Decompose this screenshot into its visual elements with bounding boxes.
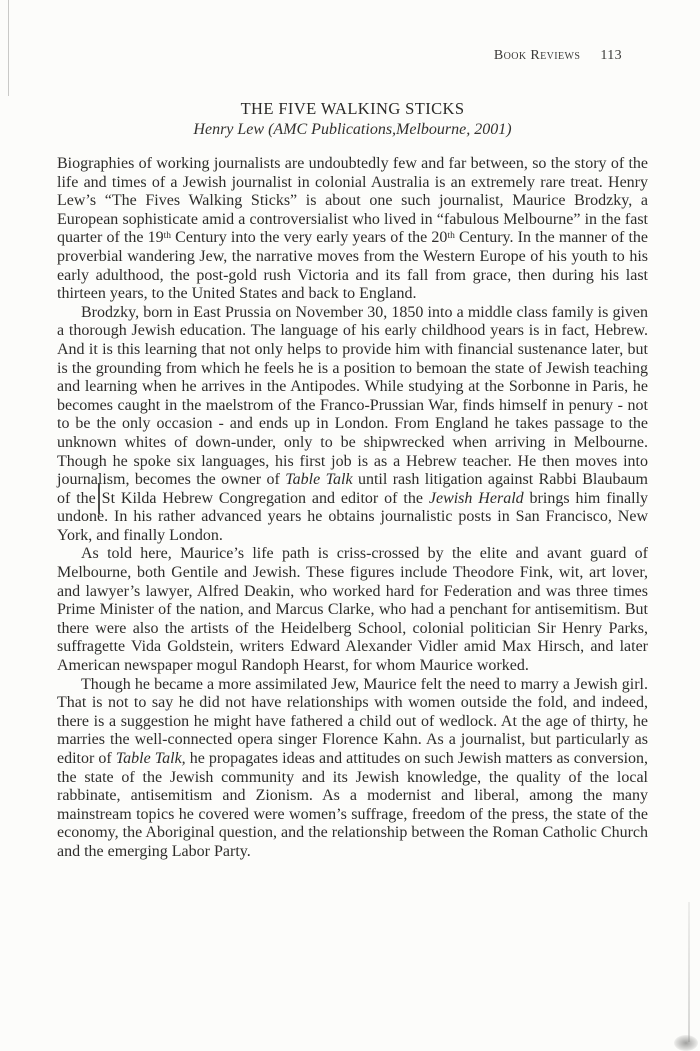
- scan-artifact-left-line: [8, 0, 9, 96]
- italic-run: Table Talk: [285, 471, 352, 488]
- running-header: Book Reviews113: [494, 48, 622, 64]
- paragraph: Brodzky, born in East Prussia on Novembe…: [57, 304, 648, 546]
- paragraph: Though he became a more assimilated Jew,…: [57, 676, 648, 862]
- italic-run: Table Talk,: [116, 750, 186, 767]
- paragraph: As told here, Maurice’s life path is cri…: [57, 545, 648, 675]
- paragraph: Biographies of working journalists are u…: [57, 155, 648, 304]
- review-body: Biographies of working journalists are u…: [57, 155, 648, 862]
- scan-artifact-right-line: [688, 902, 690, 1042]
- superscript-run: th: [164, 231, 171, 241]
- superscript-run: th: [447, 231, 454, 241]
- scan-artifact-corner-smudge: [674, 1035, 698, 1051]
- scan-artifact-mid-stroke: [98, 483, 100, 514]
- review-title: THE FIVE WALKING STICKS: [57, 99, 648, 119]
- text-run: As told here, Maurice’s life path is cri…: [57, 545, 648, 674]
- italic-run: Jewish Herald: [429, 490, 524, 507]
- running-head-label: Book Reviews: [494, 48, 580, 63]
- review-byline: Henry Lew (AMC Publications,Melbourne, 2…: [57, 121, 648, 139]
- page-number: 113: [600, 48, 622, 63]
- scanned-book-page: Book Reviews113 THE FIVE WALKING STICKS …: [0, 0, 700, 1051]
- text-run: Century into the very early years of the…: [171, 229, 447, 246]
- text-run: Brodzky, born in East Prussia on Novembe…: [57, 304, 648, 488]
